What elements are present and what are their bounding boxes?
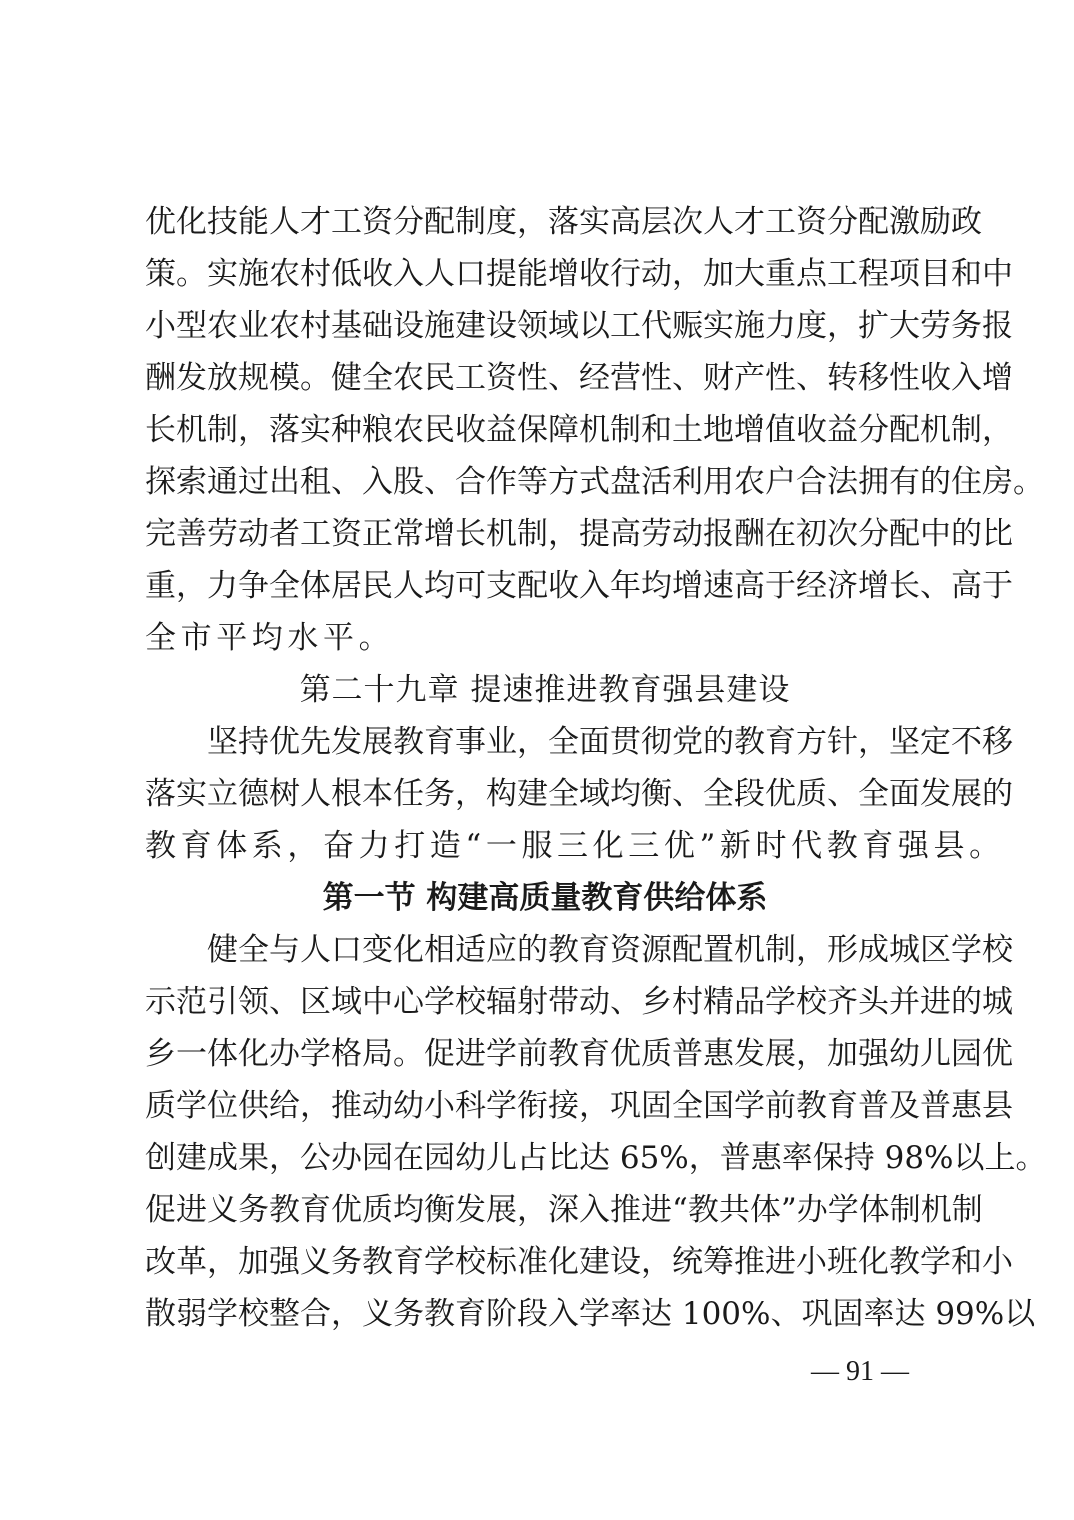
section-heading: 第一节 构建高质量教育供给体系 (145, 872, 945, 924)
paragraph-line: 坚持优先发展教育事业，全面贯彻党的教育方针，坚定不移 (207, 716, 943, 768)
paragraph-line: 健全与人口变化相适应的教育资源配置机制，形成城区学校 (207, 924, 943, 976)
paragraph-line: 策。实施农村低收入人口提能增收行动，加大重点工程项目和中 (145, 248, 943, 300)
paragraph-line: 长机制，落实种粮农民收益保障机制和土地增值收益分配机制， (145, 404, 943, 456)
paragraph-line: 散弱学校整合，义务教育阶段入学率达 100%、巩固率达 99%以 (145, 1288, 943, 1340)
paragraph-line: 乡一体化办学格局。促进学前教育优质普惠发展，加强幼儿园优 (145, 1028, 943, 1080)
page-number: — 91 — (800, 1352, 920, 1392)
paragraph-line: 全市平均水平。 (145, 612, 394, 664)
paragraph-line: 完善劳动者工资正常增长机制，提高劳动报酬在初次分配中的比 (145, 508, 943, 560)
paragraph-line: 优化技能人才工资分配制度，落实高层次人才工资分配激励政 (145, 196, 943, 248)
paragraph-line: 重，力争全体居民人均可支配收入年均增速高于经济增长、高于 (145, 560, 943, 612)
paragraph-line: 落实立德树人根本任务，构建全域均衡、全段优质、全面发展的 (145, 768, 943, 820)
paragraph-line: 探索通过出租、入股、合作等方式盘活利用农户合法拥有的住房。 (145, 456, 943, 508)
paragraph-line: 质学位供给，推动幼小科学衔接，巩固全国学前教育普及普惠县 (145, 1080, 943, 1132)
paragraph-line: 小型农业农村基础设施建设领域以工代赈实施力度，扩大劳务报 (145, 300, 943, 352)
paragraph-line: 教育体系，奋力打造“一服三化三优”新时代教育强县。 (145, 820, 1005, 872)
paragraph-line: 酬发放规模。健全农民工资性、经营性、财产性、转移性收入增 (145, 352, 943, 404)
paragraph-line: 示范引领、区域中心学校辐射带动、乡村精品学校齐头并进的城 (145, 976, 943, 1028)
chapter-heading: 第二十九章 提速推进教育强县建设 (145, 664, 945, 716)
paragraph-line: 创建成果，公办园在园幼儿占比达 65%，普惠率保持 98%以上。 (145, 1132, 943, 1184)
paragraph-line: 促进义务教育优质均衡发展，深入推进“教共体”办学体制机制 (145, 1184, 943, 1236)
paragraph-line: 改革，加强义务教育学校标准化建设，统筹推进小班化教学和小 (145, 1236, 943, 1288)
document-page: 优化技能人才工资分配制度，落实高层次人才工资分配激励政 策。实施农村低收入人口提… (0, 0, 1074, 1520)
